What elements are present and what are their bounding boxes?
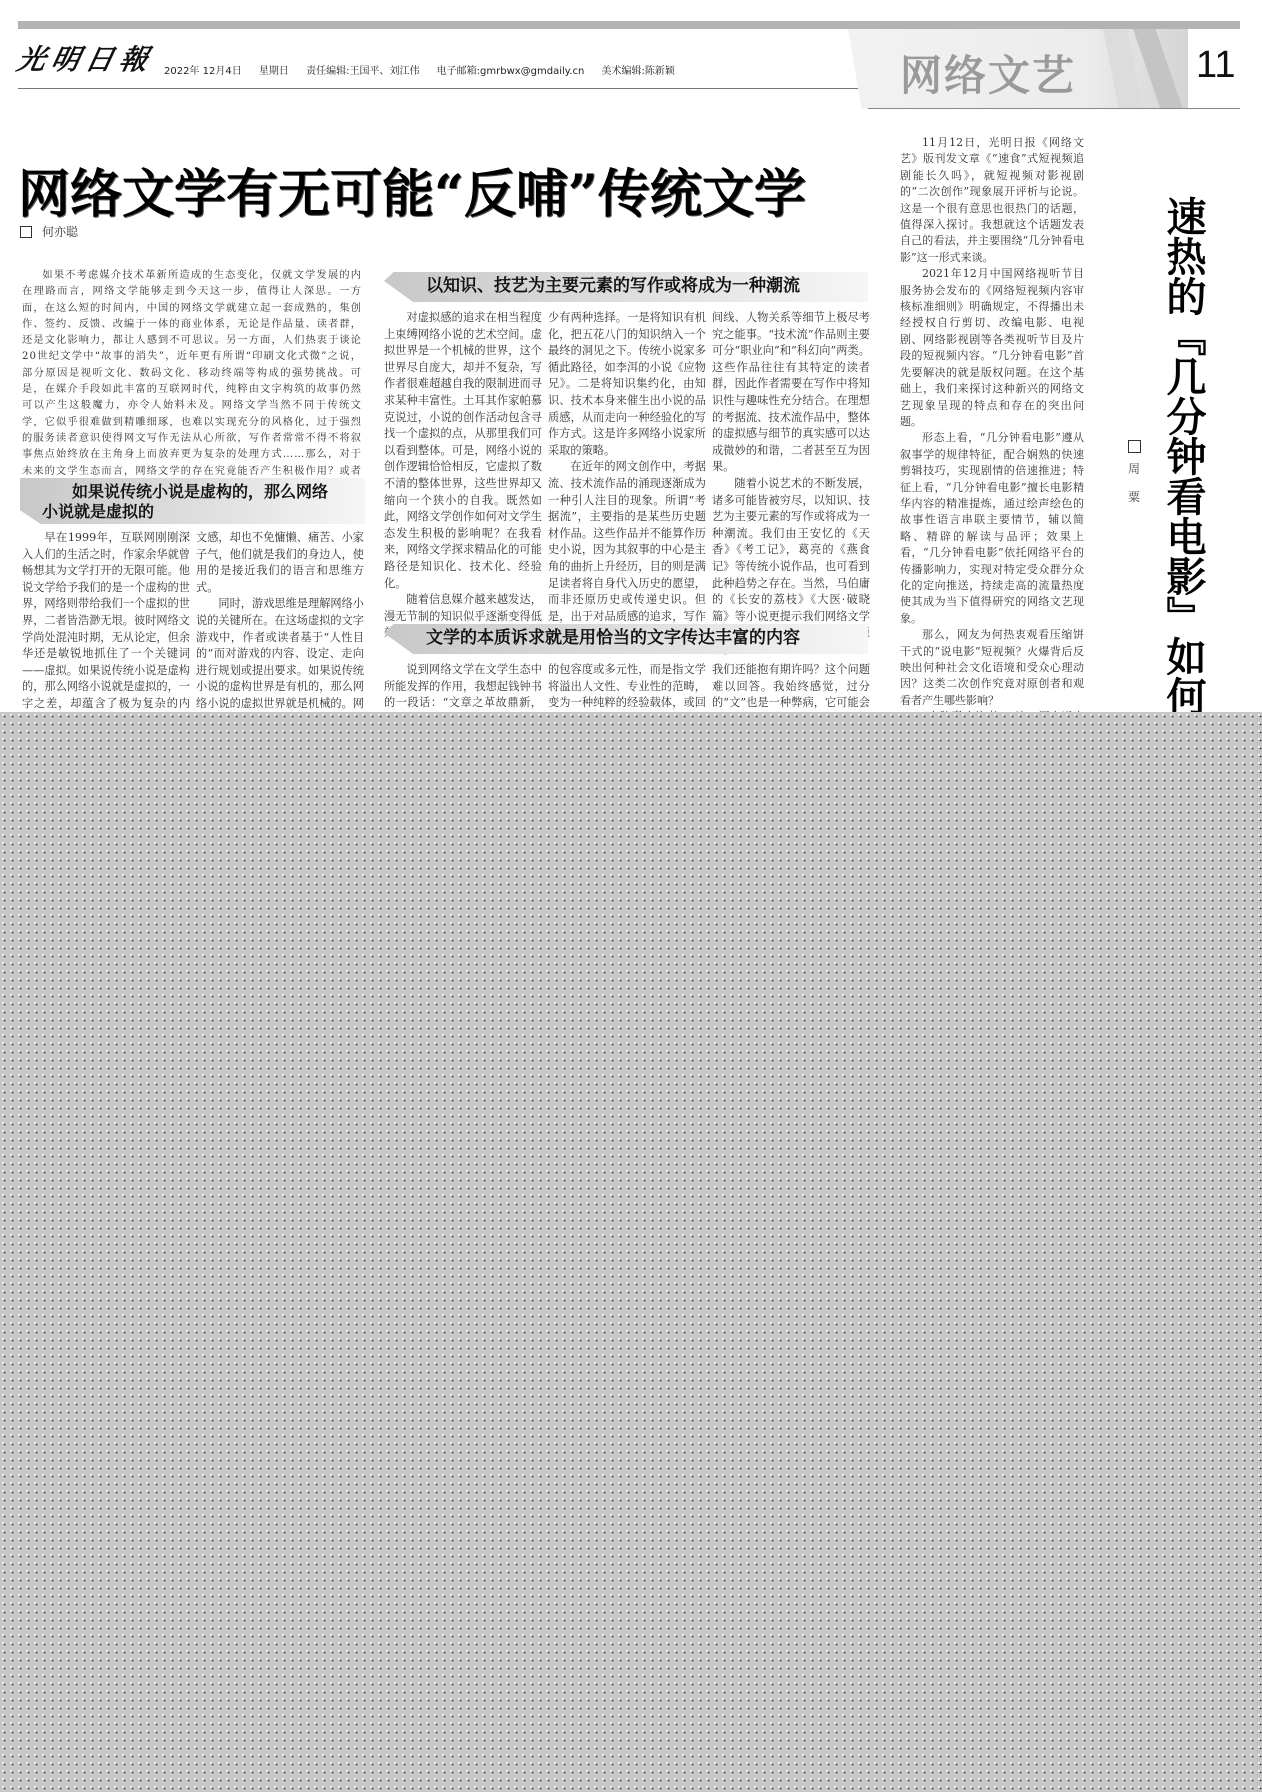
paragraph: 11月12日，光明日报《网络文艺》版刊发文章《“速食”式短视频追剧能长久吗》，就… <box>900 135 1084 266</box>
main-headline: 网络文学有无可能“反哺”传统文学 <box>18 152 806 227</box>
article-column: 少有两种选择。一是将知识有机化，把五花八门的知识纳入一个最终的洞见之下。传统小说… <box>548 310 706 642</box>
section-tab: 网络文艺 <box>848 29 1188 109</box>
side-article-title: 速热的『几分钟看电影』如何转 <box>1152 196 1206 736</box>
subheading-virtual: 如果说传统小说是虚构的，那么网络 小说就是虚拟的 <box>20 478 365 524</box>
paragraph: 形态上看，“几分钟看电影”遵从叙事学的规律特征，配合娴熟的快速剪辑技巧，实现剧情… <box>900 430 1084 627</box>
paragraph: 那么，网友为何热衷观看压缩饼干式的“说电影”短视频？火爆背后反映出何种社会文化语… <box>900 627 1084 709</box>
responsible-editors: 责任编辑:王国平、刘江伟 <box>306 66 419 77</box>
author-char: 周 <box>1124 459 1144 479</box>
article-column: 对虚拟感的追求在相当程度上束缚网络小说的艺术空间。虚拟世界是一个机械的世界，这个… <box>384 310 542 642</box>
byline-box-icon <box>20 226 32 238</box>
paragraph: 2021年12月中国网络视听节目服务协会发布的《网络短视频内容审核标准细则》明确… <box>900 266 1084 430</box>
author-char: 粟 <box>1124 487 1144 507</box>
side-article-body: 11月12日，光明日报《网络文艺》版刊发文章《“速食”式短视频追剧能长久吗》，就… <box>900 135 1084 775</box>
newspaper-logo: 光明日報 <box>14 38 159 78</box>
main-byline: 何亦聪 <box>20 223 78 240</box>
author-name: 何亦聪 <box>42 225 78 239</box>
side-article-byline: 周 粟 <box>1124 440 1144 515</box>
art-editor: 美术编辑:陈新颖 <box>602 66 675 77</box>
paragraph: 在近年的网文创作中，考据流、技术流作品的涌现逐渐成为一种引人注目的现象。所谓“考… <box>548 459 706 642</box>
article-column: 间线、人物关系等细节上极尽考究之能事。“技术流”作品则主要可分“职业向”和“科幻… <box>712 310 870 658</box>
paragraph: 间线、人物关系等细节上极尽考究之能事。“技术流”作品则主要可分“职业向”和“科幻… <box>712 310 870 476</box>
section-title: 网络文艺 <box>900 43 1076 103</box>
unloaded-image-placeholder <box>0 712 1262 1792</box>
paragraph: 对虚拟感的追求在相当程度上束缚网络小说的艺术空间。虚拟世界是一个机械的世界，这个… <box>384 310 542 592</box>
masthead-meta: 2022年 12月4日 星期日 责任编辑:王国平、刘江伟 电子邮箱:gmrbwx… <box>164 62 689 77</box>
masthead-divider <box>18 88 860 89</box>
issue-date: 2022年 12月4日 <box>164 66 242 77</box>
editor-email: 电子邮箱:gmrbwx@gmdaily.cn <box>437 66 585 77</box>
section-divider <box>868 108 1240 109</box>
subheading-essence: 文学的本质诉求就是用恰当的文字传达丰富的内容 <box>384 624 868 654</box>
subheading-knowledge: 以知识、技艺为主要元素的写作或将成为一种潮流 <box>384 272 868 302</box>
article-intro: 如果不考虑媒介技术革新所造成的生态变化，仅就文学发展的内在理路而言，网络文学能够… <box>22 268 362 496</box>
paragraph: 早在1999年，互联网刚刚深入人们的生活之时，作家余华就曾畅想其为文学打开的无限… <box>22 530 190 729</box>
issue-weekday: 星期日 <box>259 66 289 77</box>
top-rule <box>18 21 1240 29</box>
paragraph: 少有两种选择。一是将知识有机化，把五花八门的知识纳入一个最终的洞见之下。传统小说… <box>548 310 706 459</box>
page-number: 11 <box>1196 44 1235 87</box>
byline-box-icon <box>1128 440 1141 453</box>
paragraph: 文感，却也不免慵懒、痛苦、小家子气，他们就是我们的身边人，使用的是接近我们的语言… <box>196 530 364 596</box>
